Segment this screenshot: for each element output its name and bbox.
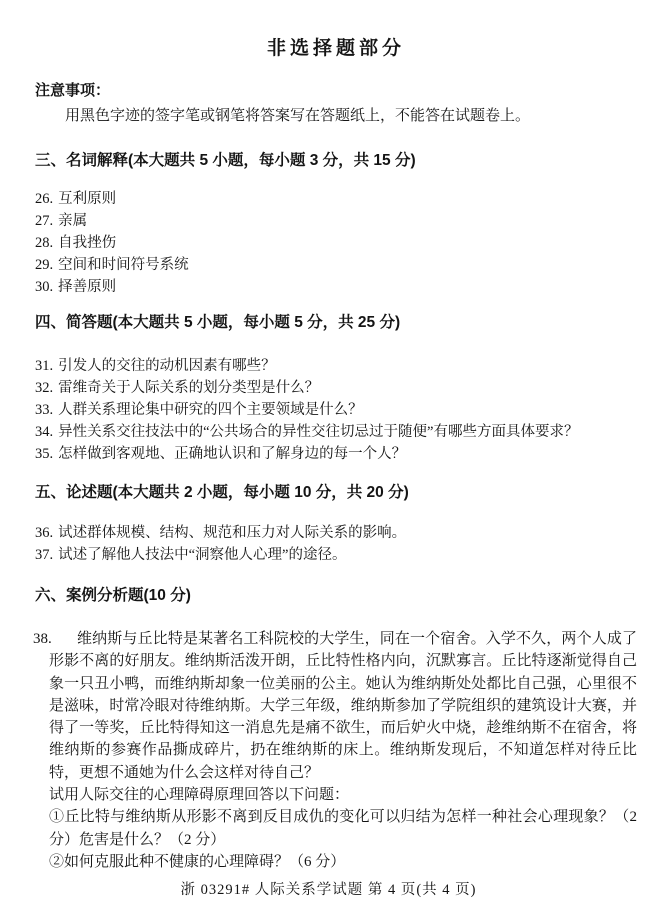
question-35: 35.怎样做到客观地、正确地认识和了解身边的每一个人？ (35, 443, 637, 465)
question-text: 怎样做到客观地、正确地认识和了解身边的每一个人？ (58, 446, 406, 462)
question-32: 32.雷维奇关于人际关系的划分类型是什么？ (35, 377, 637, 399)
case-sub-question-2: ②如何克服此种不健康的心理障碍？（6 分） (49, 851, 637, 873)
question-number: 35. (35, 446, 53, 462)
section-heading-short-answer: 四、简答题(本大题共 5 小题，每小题 5 分，共 25 分) (35, 312, 637, 334)
question-text: 试述群体规模、结构、规范和压力对人际关系的影响。 (58, 525, 406, 541)
question-29: 29.空间和时间符号系统 (35, 254, 637, 276)
notice-body: 用黑色字迹的签字笔或钢笔将答案写在答题纸上，不能答在试题卷上。 (35, 105, 637, 127)
question-text: 互利原则 (58, 191, 116, 207)
question-number: 27. (35, 213, 53, 229)
question-30: 30.择善原则 (35, 276, 637, 298)
case-sub-question-1: ①丘比特与维纳斯从形影不离到反目成仇的变化可以归结为怎样一种社会心理现象？（2 … (49, 806, 637, 851)
essay-question-list: 36.试述群体规模、结构、规范和压力对人际关系的影响。 37.试述了解他人技法中… (35, 522, 637, 566)
question-number: 34. (35, 424, 53, 440)
case-body-text: 维纳斯与丘比特是某著名工科院校的大学生，同在一个宿舍。入学不久，两个人成了形影不… (49, 628, 637, 784)
definitions-question-list: 26.互利原则 27.亲属 28.自我挫伤 29.空间和时间符号系统 30.择善… (35, 188, 637, 298)
page-title: 非选择题部分 (35, 36, 637, 62)
question-text: 人群关系理论集中研究的四个主要领域是什么？ (58, 402, 363, 418)
question-34: 34.异性关系交往技法中的“公共场合的异性交往切忌过于随便”有哪些方面具体要求？ (35, 421, 637, 443)
question-number: 33. (35, 402, 53, 418)
question-number: 32. (35, 380, 53, 396)
question-26: 26.互利原则 (35, 188, 637, 210)
question-number: 30. (35, 279, 53, 295)
question-text: 雷维奇关于人际关系的划分类型是什么？ (58, 380, 319, 396)
question-text: 空间和时间符号系统 (58, 257, 189, 273)
question-38: 38. 维纳斯与丘比特是某著名工科院校的大学生，同在一个宿舍。入学不久，两个人成… (49, 628, 637, 784)
question-number: 37. (35, 547, 53, 563)
question-text: 异性关系交往技法中的“公共场合的异性交往切忌过于随便”有哪些方面具体要求？ (58, 424, 578, 440)
case-instruction: 试用人际交往的心理障碍原理回答以下问题： (49, 784, 637, 806)
section-heading-essay: 五、论述题(本大题共 2 小题，每小题 10 分，共 20 分) (35, 482, 637, 504)
question-33: 33.人群关系理论集中研究的四个主要领域是什么？ (35, 399, 637, 421)
notice-heading: 注意事项： (35, 80, 637, 102)
question-36: 36.试述群体规模、结构、规范和压力对人际关系的影响。 (35, 522, 637, 544)
question-27: 27.亲属 (35, 210, 637, 232)
section-heading-definitions: 三、名词解释(本大题共 5 小题，每小题 3 分，共 15 分) (35, 150, 637, 172)
question-37: 37.试述了解他人技法中“洞察他人心理”的途径。 (35, 544, 637, 566)
question-number: 28. (35, 235, 53, 251)
question-text: 自我挫伤 (58, 235, 116, 251)
question-28: 28.自我挫伤 (35, 232, 637, 254)
question-number: 31. (35, 358, 53, 374)
question-number: 36. (35, 525, 53, 541)
section-heading-case-analysis: 六、案例分析题(10 分) (35, 585, 637, 607)
question-number: 29. (35, 257, 53, 273)
question-number: 38. (33, 628, 52, 650)
question-text: 引发人的交往的动机因素有哪些？ (58, 358, 276, 374)
question-number: 26. (35, 191, 53, 207)
question-text: 择善原则 (58, 279, 116, 295)
question-31: 31.引发人的交往的动机因素有哪些？ (35, 355, 637, 377)
short-answer-question-list: 31.引发人的交往的动机因素有哪些？ 32.雷维奇关于人际关系的划分类型是什么？… (35, 355, 637, 465)
exam-page: 非选择题部分 注意事项： 用黑色字迹的签字笔或钢笔将答案写在答题纸上，不能答在试… (0, 0, 657, 900)
question-text: 亲属 (58, 213, 87, 229)
page-footer: 浙 03291# 人际关系学试题 第 4 页(共 4 页) (0, 880, 657, 900)
question-text: 试述了解他人技法中“洞察他人心理”的途径。 (58, 547, 346, 563)
